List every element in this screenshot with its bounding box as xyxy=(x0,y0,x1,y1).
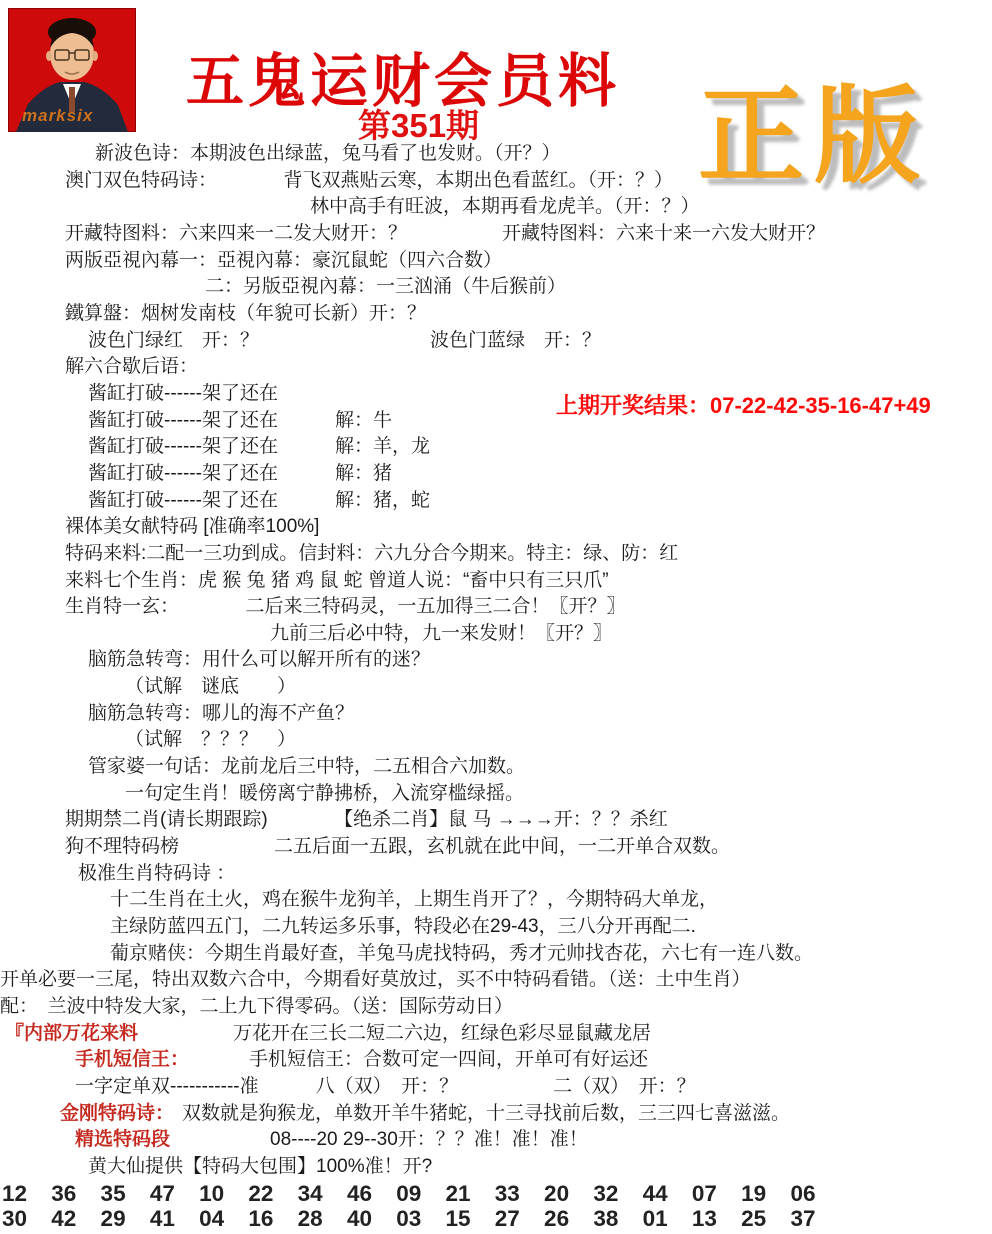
text-line-brainteaser-2-ans: （试解 ？？？ ） xyxy=(0,727,992,754)
text-line-riddle-1: 酱缸打破------架了还在 xyxy=(0,381,992,408)
text-line-new-wave-poem: 新波色诗：本期波色出绿蓝，兔马看了也发财。（开？） xyxy=(0,141,992,168)
text-line-riddle-3: 酱缸打破------架了还在 解：羊，龙 xyxy=(0,434,992,461)
text-line-housekeeper: 管家婆一句话：龙前龙后三中特，二五相合六加数。 xyxy=(0,754,992,781)
text-line-iron-abacus: 鐵算盤：烟树发南枝（年貌可长新）开：？ xyxy=(0,301,992,328)
text-line-special-material: 特码来料:二配一三功到成。信封料：六九分合今期来。特主：绿、防：红 xyxy=(0,541,992,568)
text-line-riddle-header: 解六合歇后语： xyxy=(0,354,992,381)
section-label-segment: 精选特码段 xyxy=(75,1129,170,1150)
text-line-zodiac-mystery-1: 生肖特一玄： 二后来三特码灵，一五加得三二合！〖开？〗 xyxy=(0,594,992,621)
section-text-wanhua: 万花开在三长二短二六边，红绿色彩尽显鼠藏龙居 xyxy=(233,1023,651,1044)
section-label-sms: 手机短信王： xyxy=(75,1049,189,1070)
section-label-jingang: 金刚特码诗： xyxy=(60,1103,174,1124)
text-line-atv-inside-1: 两版亞視內幕一：亞視內幕：豪沉鼠蛇（四六合数） xyxy=(0,248,992,275)
text-line-zodiac-poem-2: 主绿防蓝四五门，二九转运多乐事，特段必在29-43，三八分开再配二. xyxy=(0,914,992,941)
text-line-zodiac-mystery-2: 九前三后必中特，九一来发财！〖开？〗 xyxy=(0,621,992,648)
section-text-jingang: 双数就是狗猴龙，单数开羊牛猪蛇，十三寻找前后数，三三四七喜滋滋。 xyxy=(182,1103,790,1124)
text-line-goubuli: 狗不理特码榜 二五后面一五跟，玄机就在此中间，一二开单合双数。 xyxy=(0,834,992,861)
section-text-segment: 08----20 29--30开：？？准！准！准！ xyxy=(270,1129,588,1150)
portrait-photo: marksix xyxy=(8,8,136,132)
page: marksix 五鬼运财会员料 第351期 正版 上期开奖结果：07-22-42… xyxy=(0,0,992,1234)
text-line-wave-colors: 波色门绿红 开：？ 波色门蓝绿 开：？ xyxy=(0,328,992,355)
text-line-brainteaser-1: 脑筋急转弯：用什么可以解开所有的迷？ xyxy=(0,647,992,674)
text-line-riddle-4: 酱缸打破------架了还在 解：猪 xyxy=(0,461,992,488)
text-line-zodiac-poem-head: 极准生肖特码诗 ： xyxy=(0,861,992,888)
text-line-odd-even: 一字定单双-----------准 八（双） 开：？ 二（双） 开：？ xyxy=(0,1074,992,1101)
text-line-zodiac-poem-1: 十二生肖在土火，鸡在猴牛龙狗羊，上期生肖开了？，今期特码大单龙， xyxy=(0,887,992,914)
text-line-brainteaser-2: 脑筋急转弯：哪儿的海不产鱼？ xyxy=(0,701,992,728)
section-line-sms: 手机短信王：手机短信王：合数可定一四间，开单可有好运还 xyxy=(0,1047,992,1074)
text-line-pujing-2: 开单必要一三尾，特出双数六合中，今期看好莫放过，买不中特码看错。（送：土中生肖） xyxy=(0,967,992,994)
content-body: 新波色诗：本期波色出绿蓝，兔马看了也发财。（开？） 澳门双色特码诗： 背飞双燕贴… xyxy=(0,141,992,1231)
number-row-2: 30 42 29 41 04 16 28 40 03 15 27 26 38 0… xyxy=(0,1206,992,1231)
text-line-macau-poem: 澳门双色特码诗： 背飞双燕贴云寒，本期出色看蓝红。（开：？） xyxy=(0,168,992,195)
section-label-wanhua: 『内部万花来料 xyxy=(5,1023,138,1044)
text-line-riddle-5: 酱缸打破------架了还在 解：猪，蛇 xyxy=(0,488,992,515)
text-line-beauty-special: 裸体美女献特码 [准确率100%] xyxy=(0,514,992,541)
text-line-brainteaser-1-ans: （试解 谜底 ） xyxy=(0,674,992,701)
text-line-banned-zodiac: 期期禁二肖(请长期跟踪) 【绝杀二肖】鼠 马 →→→开：？？杀红 xyxy=(0,807,992,834)
section-line-wanhua: 『内部万花来料万花开在三长二短二六边，红绿色彩尽显鼠藏龙居 xyxy=(0,1021,992,1048)
text-line-pujing-3: 配： 兰波中特发大家，二上九下得零码。（送：国际劳动日） xyxy=(0,994,992,1021)
text-line-riddle-2: 酱缸打破------架了还在 解：牛 xyxy=(0,408,992,435)
number-row-1: 12 36 35 47 10 22 34 46 09 21 33 20 32 4… xyxy=(0,1181,992,1206)
section-line-jingang: 金刚特码诗：双数就是狗猴龙，单数开羊牛猪蛇，十三寻找前后数，三三四七喜滋滋。 xyxy=(0,1101,992,1128)
section-line-segment: 精选特码段08----20 29--30开：？？准！准！准！ xyxy=(0,1127,992,1154)
text-line-seven-zodiac: 来料七个生肖：虎 猴 兔 猪 鸡 鼠 蛇 曾道人说：“畜中只有三只爪” xyxy=(0,568,992,595)
section-text-sms: 手机短信王：合数可定一四间，开单可有好运还 xyxy=(249,1049,648,1070)
text-line-huangdaxian: 黄大仙提供【特码大包围】100%准！开? xyxy=(0,1154,992,1181)
photo-watermark: marksix xyxy=(22,106,93,126)
text-line-one-sentence: 一句定生肖！暖傍离宁静拂桥，入流穿槛绿摇。 xyxy=(0,781,992,808)
issue-number: 第351期 xyxy=(358,100,479,147)
text-line-pujing-gambler: 葡京赌侠：今期生肖最好查，羊兔马虎找特码，秀才元帅找杏花，六七有一连八数。 xyxy=(0,941,992,968)
text-line-atv-inside-2: 二：另版亞視內幕：一三汹涌（牛后猴前） xyxy=(0,274,992,301)
text-line-macau-poem-2: 林中高手有旺波，本期再看龙虎羊。（开：？） xyxy=(0,194,992,221)
text-line-chart-tip: 开藏特图料：六来四来一二发大财开：？ 开藏特图料：六来十来一六发大财开？ xyxy=(0,221,992,248)
